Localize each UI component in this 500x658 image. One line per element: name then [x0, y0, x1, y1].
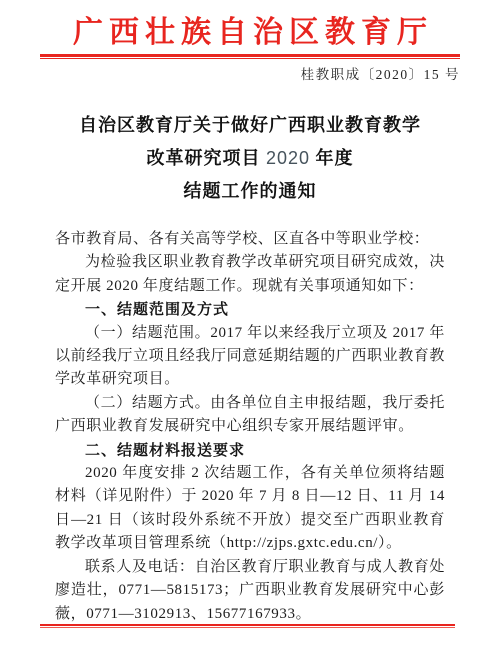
intro-paragraph: 为检验我区职业教育教学改革研究项目研究成效，决定开展 2020 年度结题工作。现…	[55, 251, 445, 298]
paragraph-method: （二）结题方式。由各单位自主申报结题，我厅委托广西职业教育发展研究中心组织专家开…	[55, 392, 445, 439]
document-title-year: 2020	[266, 148, 310, 168]
header-divider	[40, 54, 460, 59]
document-title-line-2-pre: 改革研究项目	[146, 148, 266, 168]
issuing-authority-title: 广西壮族自治区教育厅	[40, 16, 460, 49]
section-heading-2: 二、结题材料报送要求	[55, 439, 445, 462]
section-heading-1: 一、结题范围及方式	[55, 298, 445, 321]
official-notice-page: 广西壮族自治区教育厅 桂教职成〔2020〕15 号 自治区教育厅关于做好广西职业…	[0, 0, 500, 658]
document-number: 桂教职成〔2020〕15 号	[40, 66, 460, 84]
document-title-line-2-post: 年度	[310, 148, 354, 168]
document-title-line-3: 结题工作的通知	[40, 175, 460, 208]
document-title-line-1: 自治区教育厅关于做好广西职业教育教学	[40, 109, 460, 142]
footer-divider	[40, 624, 455, 628]
paragraph-contacts: 联系人及电话：自治区教育厅职业教育与成人教育处廖造壮，0771—5815173；…	[55, 556, 445, 626]
document-title: 自治区教育厅关于做好广西职业教育教学 改革研究项目 2020 年度 结题工作的通…	[40, 109, 460, 208]
paragraph-submission: 2020 年度安排 2 次结题工作，各有关单位须将结题材料（详见附件）于 202…	[55, 462, 445, 556]
document-title-line-2: 改革研究项目 2020 年度	[40, 142, 460, 175]
paragraph-scope: （一）结题范围。2017 年以来经我厅立项及 2017 年以前经我厅立项且经我厅…	[55, 322, 445, 392]
notice-body: 各市教育局、各有关高等学校、区直各中等职业学校： 为检验我区职业教育教学改革研究…	[55, 228, 445, 626]
salutation-line: 各市教育局、各有关高等学校、区直各中等职业学校：	[55, 228, 445, 251]
